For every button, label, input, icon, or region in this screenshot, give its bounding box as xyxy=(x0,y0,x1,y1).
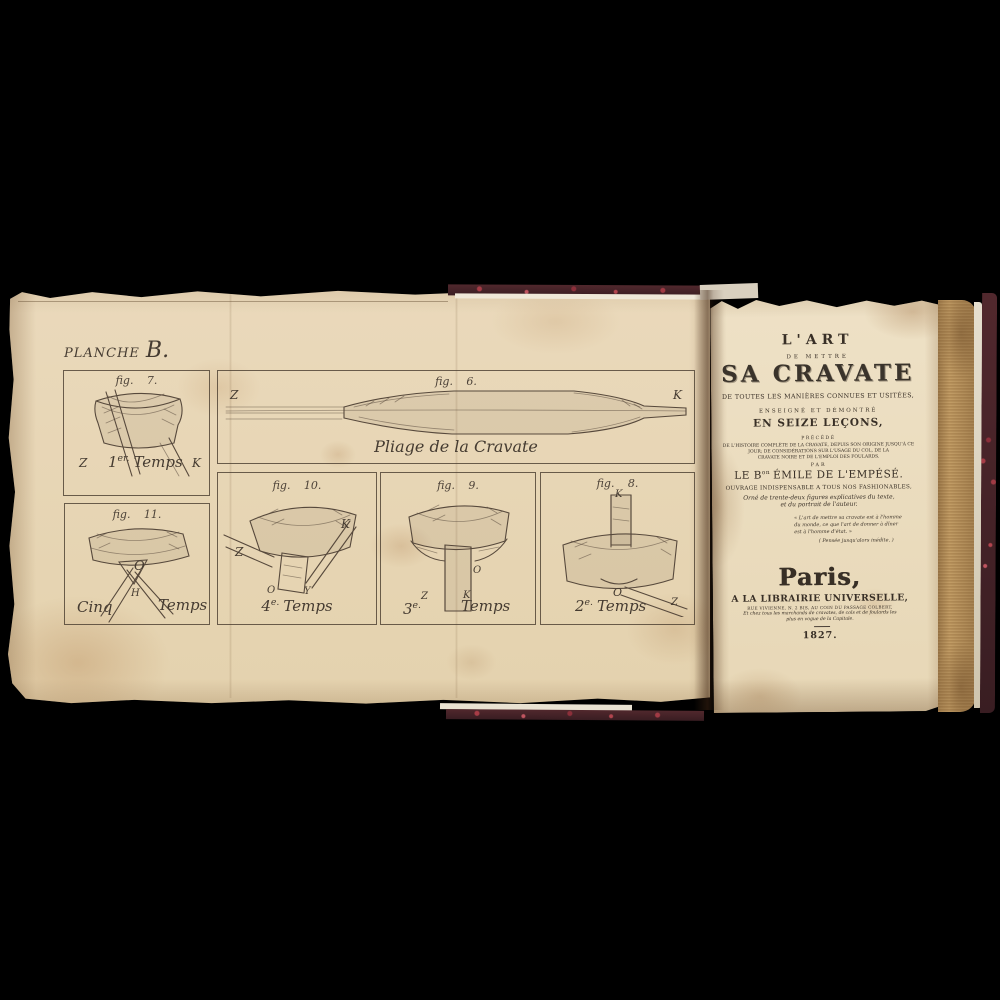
fig9-letter-o: O xyxy=(473,565,481,576)
title-ouvrage: OUVRAGE INDISPENSABLE A TOUS NOS FASHION… xyxy=(712,484,926,492)
title-precede: PRÉCÉDÉ xyxy=(711,435,925,442)
title-city: Paris, xyxy=(713,561,927,592)
fig11-caption-right: Temps xyxy=(158,596,207,614)
fig10-drawing xyxy=(222,495,374,599)
fig9-panel: fig. 9. O Z K 3e. Temps xyxy=(380,472,536,625)
fig10-letter-z: Z xyxy=(235,545,243,559)
plate-title-word: PLANCHE xyxy=(64,346,140,361)
fig11-panel: fig. 11. O H Cinq Temps xyxy=(64,503,210,625)
fig11-letter-h: H xyxy=(131,588,140,599)
title-enseigne: ENSEIGNÉ ET DÉMONTRÉ xyxy=(711,407,925,415)
title-sa-cravate: SA CRAVATE xyxy=(711,359,925,388)
page-block-fore-edge xyxy=(938,300,976,712)
plate-title-letter: B. xyxy=(146,338,169,363)
fig10-label: fig. 10. xyxy=(218,479,376,492)
title-year: 1827. xyxy=(713,629,927,642)
fig9-caption-num: 3e. xyxy=(403,600,421,618)
fig9-drawing xyxy=(387,495,531,613)
fig9-letter-z: Z xyxy=(421,591,428,602)
fig9-label: fig. 9. xyxy=(381,479,535,492)
fig7-letter-k: K xyxy=(192,456,201,470)
title-art: L'ART xyxy=(711,331,925,349)
marbled-cover-bottom-edge xyxy=(446,709,704,721)
fig8-letter-k: K xyxy=(615,489,622,500)
plate-title: PLANCHEB. xyxy=(64,338,169,363)
marbled-cover-right-edge xyxy=(980,293,997,713)
title-epigraph-line3: est à l'homme d'état. » xyxy=(794,528,918,536)
title-author: LE BonÉMILE DE L'EMPÉSÉ. xyxy=(712,468,926,482)
title-orne-line2: et du portrait de l'auteur. xyxy=(712,500,926,509)
fig7-caption: 1er.Temps xyxy=(108,453,183,471)
fig10-panel: fig. 10. K Z O Y 4e.Temps xyxy=(217,472,377,625)
fig10-caption: 4e.Temps xyxy=(218,597,376,615)
book-photo: PLANCHEB. fig. 7. Z 1er.Temps K fig. 6. … xyxy=(0,0,1000,1000)
fig10-letter-o: O xyxy=(267,585,275,596)
fig8-letter-z: Z xyxy=(671,597,678,608)
fig8-panel: fig. 8. K O Z 2e.Temps xyxy=(540,472,695,625)
fig7-letter-z: Z xyxy=(79,456,87,470)
fig8-caption: 2e.Temps xyxy=(575,597,646,615)
fig11-letter-o: O xyxy=(134,559,145,574)
fig10-letter-y: Y xyxy=(304,586,311,597)
fig6-caption: Pliage de la Cravate xyxy=(218,437,694,456)
fig6-drawing xyxy=(224,387,688,439)
fig11-caption-left: Cinq xyxy=(77,598,113,616)
title-epigraph-note: ( Pensée jusqu'alors inédite. ) xyxy=(794,537,918,544)
title-divider-rule xyxy=(814,626,830,627)
plate-fold-line xyxy=(18,301,448,302)
title-sellers-line2: plus en vogue de la Capitale. xyxy=(713,616,927,623)
title-precede-line3: CRAVATE NOIRE ET DE L'EMPLOI DES FOULARD… xyxy=(712,454,926,461)
fig6-panel: fig. 6. Z K Pliage de la Cravate xyxy=(217,370,695,464)
title-manieres: DE TOUTES LES MANIÈRES CONNUES ET USITÉE… xyxy=(711,392,925,401)
fig9-caption-word: Temps xyxy=(461,597,510,615)
title-page: L'ART DE METTRE SA CRAVATE DE TOUTES LES… xyxy=(710,295,944,713)
fig10-letter-k: K xyxy=(341,517,350,531)
plate-page: PLANCHEB. fig. 7. Z 1er.Temps K fig. 6. … xyxy=(8,288,710,704)
book-gutter-shadow xyxy=(694,290,724,710)
title-publisher: A LA LIBRAIRIE UNIVERSELLE, xyxy=(713,592,927,605)
title-lecons: EN SEIZE LEÇONS, xyxy=(711,416,925,430)
fig7-panel: fig. 7. Z 1er.Temps K xyxy=(63,370,210,496)
